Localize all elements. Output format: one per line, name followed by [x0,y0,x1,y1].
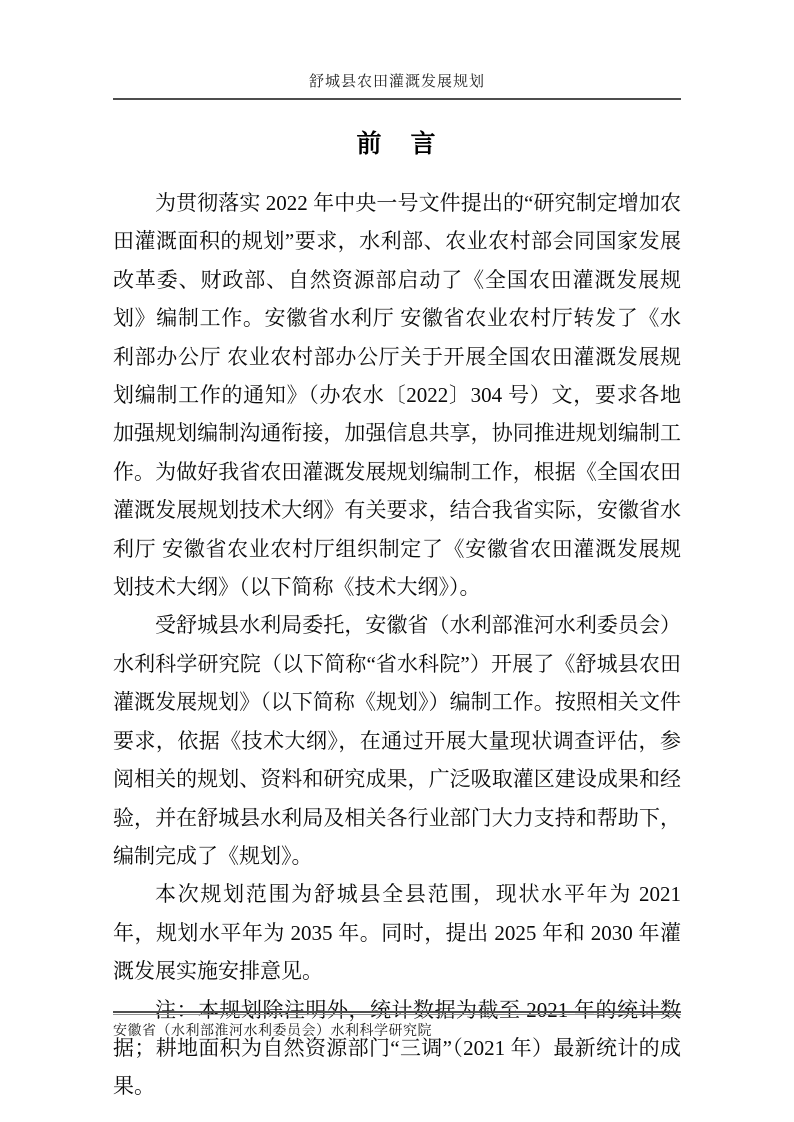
document-body: 为贯彻落实 2022 年中央一号文件提出的“研究制定增加农田灌溉面积的规划”要求… [113,184,681,1106]
header-running-title: 舒城县农田灌溉发展规划 [309,74,485,90]
page-title: 前 言 [0,124,794,160]
footer-organization: 安徽省（水利部淮河水利委员会）水利科学研究院 [113,1020,681,1040]
footer-divider [113,1011,681,1015]
paragraph-scope: 本次规划范围为舒城县全县范围，现状水平年为 2021 年，规划水平年为 2035… [113,875,681,990]
page-footer: 安徽省（水利部淮河水利委员会）水利科学研究院 [113,1011,681,1040]
paragraph-commission: 受舒城县水利局委托，安徽省（水利部淮河水利委员会）水利科学研究院（以下简称“省水… [113,606,681,875]
paragraph-note: 注：本规划除注明外，统计数据为截至 2021 年的统计数据；耕地面积为自然资源部… [113,991,681,1106]
document-page: 舒城县农田灌溉发展规划 前 言 为贯彻落实 2022 年中央一号文件提出的“研究… [0,0,794,1122]
page-header: 舒城县农田灌溉发展规划 [113,70,681,100]
paragraph-background: 为贯彻落实 2022 年中央一号文件提出的“研究制定增加农田灌溉面积的规划”要求… [113,184,681,606]
